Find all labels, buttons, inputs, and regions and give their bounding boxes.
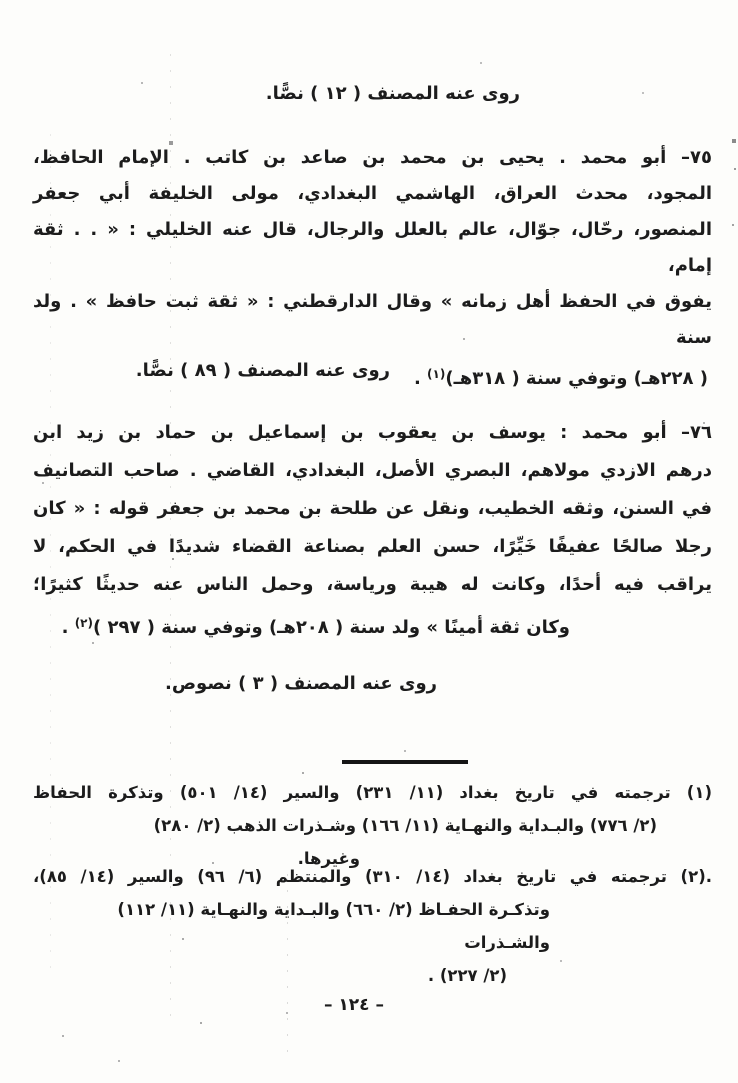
riwaya-count-text: روى عنه المصنف ( ١٢ ) نصًّا. <box>33 76 712 112</box>
entry-76-dates-text: وكان ثقة أمينًا » ولد سنة ( ٢٠٨هـ) وتوفي… <box>93 617 570 638</box>
footnote-separator-rule <box>342 760 468 764</box>
entry-75-line: المنصور، رحّال، جوّال، عالم بالعلل والرج… <box>33 212 712 284</box>
scanned-book-page: روى عنه المصنف ( ١٢ ) نصًّا. ٧٥– أبو محم… <box>0 0 738 1083</box>
riwaya-count-line-3: روى عنه المصنف ( ٣ ) نصوص. <box>33 666 712 702</box>
footnote-2-block: .(٢) ترجمته في تاريخ بغداد (١٤/ ٣١٠) وال… <box>33 860 712 992</box>
footnote-1-line: (١) ترجمته في تاريخ بغداد (١١/ ٢٣١) والس… <box>33 776 712 809</box>
footnote-2-line: .(٢) ترجمته في تاريخ بغداد (١٤/ ٣١٠) وال… <box>33 860 712 893</box>
riwaya-count-text: روى عنه المصنف ( ٨٩ ) نصًّا. <box>33 353 712 389</box>
entry-76-line: رجلا صالحًا عفيفًا خَيِّرًا، حسن العلم ب… <box>33 528 712 566</box>
footnote-2-line: وتذكـرة الحفـاظ (٢/ ٦٦٠) والبـداية والنه… <box>33 893 712 959</box>
entry-75-line: ٧٥– أبو محمد . يحيى بن محمد بن صاعد بن ك… <box>33 140 712 176</box>
riwaya-count-line-89: روى عنه المصنف ( ٨٩ ) نصًّا. <box>33 353 712 389</box>
entry-76-line: ٧٦– أبو محمد : يوسف بن يعقوب بن إسماعيل … <box>33 414 712 452</box>
page-number: – ١٢٤ – <box>0 995 708 1015</box>
entry-76-dates-line: وكان ثقة أمينًا » ولد سنة ( ٢٠٨هـ) وتوفي… <box>33 604 712 647</box>
entry-76-period: . <box>62 617 75 638</box>
entry-76-line: درهم الازدي مولاهم، البصري الأصل، البغدا… <box>33 452 712 490</box>
entry-75-line: المجود، محدث العراق، الهاشمي البغدادي، م… <box>33 176 712 212</box>
entry-76-line: يراقب فيه أحدًا، وكانت له هيبة ورياسة، و… <box>33 566 712 604</box>
footnote-2-reference-marker: (٢) <box>75 616 93 630</box>
footnote-1-line: (٢/ ٧٧٦) والبـداية والنهـاية (١١/ ١٦٦) و… <box>33 809 712 842</box>
scan-noise-specks <box>0 0 2 2</box>
footnote-2-line: (٢/ ٢٢٧) . <box>33 959 712 992</box>
entry-76-paragraph: ٧٦– أبو محمد : يوسف بن يعقوب بن إسماعيل … <box>33 414 712 647</box>
entry-75-line: يفوق في الحفظ أهل زمانه » وقال الدارقطني… <box>33 284 712 356</box>
entry-76-line: في السنن، وثقه الخطيب، ونقل عن طلحة بن م… <box>33 490 712 528</box>
riwaya-count-text: روى عنه المصنف ( ٣ ) نصوص. <box>33 666 712 702</box>
riwaya-count-line-12: روى عنه المصنف ( ١٢ ) نصًّا. <box>33 76 712 112</box>
